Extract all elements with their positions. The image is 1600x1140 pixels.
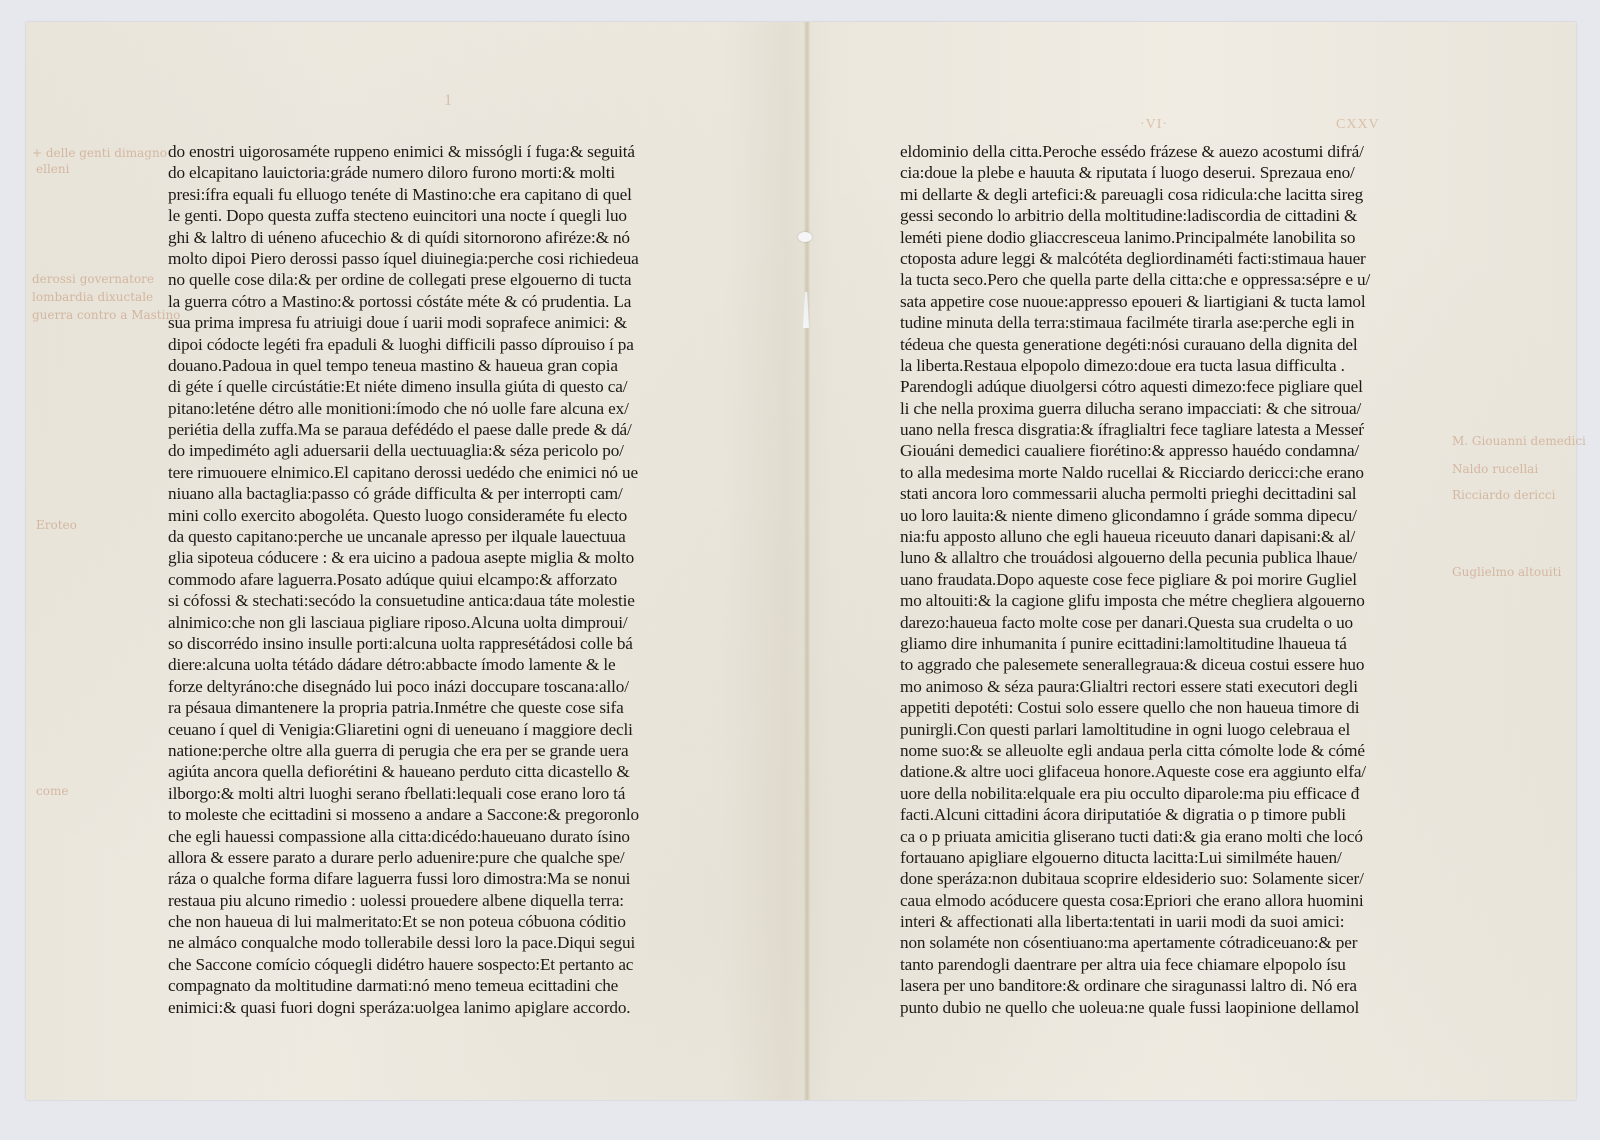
left-folio-mark: 1: [444, 92, 453, 110]
text-line: no quelle cose dila:& per ordine de coll…: [168, 269, 688, 290]
text-line: do elcapitano lauictoria:gráde numero di…: [168, 162, 688, 183]
left-margin-note: come: [36, 784, 68, 798]
text-line: enimici:& quasi fuori dogni speráza:uolg…: [168, 997, 688, 1018]
text-line: natione:perche oltre alla guerra di peru…: [168, 740, 688, 761]
text-line: do enostri uigorosaméte ruppeno enimici …: [168, 141, 688, 162]
text-line: presi:ífra equali fu elluogo tenéte di M…: [168, 184, 688, 205]
text-line: lasera per uno banditore:& ordinare che …: [900, 975, 1430, 996]
text-line: non solaméte non cósentiuano:ma apertame…: [900, 932, 1430, 953]
text-line: to aggrado che palesemete senerallegraua…: [900, 654, 1430, 675]
text-line: agiúta ancora quella defiorétini & hauea…: [168, 761, 688, 782]
text-line: fortauano apigliare elgouerno ditucta la…: [900, 847, 1430, 868]
text-line: nia:fu apposto alluno che egli haueua ri…: [900, 526, 1430, 547]
text-line: che egli hauessi compassione alla citta:…: [168, 826, 688, 847]
left-margin-note: + delle genti dimagno: [32, 146, 167, 160]
text-line: tanto parendogli daentrare per altra uia…: [900, 954, 1430, 975]
text-line: di géte í quelle circústátie:Et niéte di…: [168, 376, 688, 397]
text-line: periétia della zuffa.Ma se paraua defédé…: [168, 419, 688, 440]
text-line: uano nella fresca disgratia:& ífraglialt…: [900, 419, 1430, 440]
parchment-sheet: 1 + delle genti dimagno elleni derossi g…: [26, 22, 1576, 1100]
text-line: dipoi códocte legéti fra epaduli & luogh…: [168, 334, 688, 355]
text-line: interi & affectionati alla liberta:tenta…: [900, 911, 1430, 932]
text-line: datione.& altre uoci glifaceua honore.Aq…: [900, 761, 1430, 782]
text-line: do impediméto agli aduersarii della uect…: [168, 440, 688, 461]
left-margin-note: elleni: [36, 162, 69, 176]
text-line: forze deltyráno:che disegnádo lui poco i…: [168, 676, 688, 697]
text-line: ne almáco conqualche modo tollerabile de…: [168, 932, 688, 953]
text-line: douano.Padoua in quel tempo teneua masti…: [168, 355, 688, 376]
text-line: la guerra cótro a Mastino:& portossi cós…: [168, 291, 688, 312]
text-line: glia sipoteua códucere : & era uicino a …: [168, 547, 688, 568]
text-line: sata appetire cose nuoue:appresso epouer…: [900, 291, 1430, 312]
text-line: darezo:haueua facto molte cose per danar…: [900, 612, 1430, 633]
text-line: so discorrédo insino insulle porti:alcun…: [168, 633, 688, 654]
text-line: cia:doue la plebe e hauuta & riputata í …: [900, 162, 1430, 183]
text-line: mini collo exercito abogoléta. Questo lu…: [168, 505, 688, 526]
binding-hole: [798, 232, 812, 242]
right-page-text: eldominio della citta.Peroche essédo frá…: [900, 141, 1430, 1018]
text-line: che non haueua di lui malmeritato:Et se …: [168, 911, 688, 932]
left-margin-note: lombardia dixuctale: [32, 290, 153, 304]
text-line: le genti. Dopo questa zuffa stecteno eui…: [168, 205, 688, 226]
text-line: ghi & laltro di uéneno afucechio & di qu…: [168, 227, 688, 248]
text-line: luno & allaltro che trouádosi algouerno …: [900, 547, 1430, 568]
text-line: alnimico:che non gli lasciaua pigliare r…: [168, 612, 688, 633]
text-line: allora & essere parato a durare perlo ad…: [168, 847, 688, 868]
text-line: leméti piene dodio gliaccresceua lanimo.…: [900, 227, 1430, 248]
text-line: stati ancora loro commessarii alucha per…: [900, 483, 1430, 504]
text-line: niuano alla bactaglia:passo có gráde dif…: [168, 483, 688, 504]
text-line: facti.Alcuni cittadini ácora diriputatió…: [900, 804, 1430, 825]
text-line: commodo afare laguerra.Posato adúque qui…: [168, 569, 688, 590]
text-line: mi dellarte & degli artefici:& pareuagli…: [900, 184, 1430, 205]
text-line: ca o p priuata amicitia gliserano tucti …: [900, 826, 1430, 847]
text-line: Parendogli adúque diuolgersi cótro aques…: [900, 376, 1430, 397]
text-line: ctoposta adure leggi & malcótéta deglior…: [900, 248, 1430, 269]
text-line: che Saccone comício cóquegli didétro hau…: [168, 954, 688, 975]
right-margin-note: M. Giouanni demedici: [1452, 434, 1586, 448]
text-line: gessi secondo lo arbitrio della moltitud…: [900, 205, 1430, 226]
text-line: done speráza:non dubitaua scoprire eldes…: [900, 868, 1430, 889]
text-line: tere rimuouere elnimico.El capitano dero…: [168, 462, 688, 483]
folio-number: CXXV: [1336, 117, 1380, 133]
text-line: restaua piu alcuno rimedio : uolessi pro…: [168, 890, 688, 911]
text-line: uano fraudata.Dopo aqueste cose fece pig…: [900, 569, 1430, 590]
text-line: Giouáni demedici caualiere fiorétino:& a…: [900, 440, 1430, 461]
text-line: tédeua che questa generatione degéti:nós…: [900, 334, 1430, 355]
left-page-text: do enostri uigorosaméte ruppeno enimici …: [168, 141, 688, 1018]
text-line: tudine minuta della terra:stimaua facilm…: [900, 312, 1430, 333]
signature-mark: ·VI·: [1140, 117, 1168, 133]
left-margin-note: derossi governatore: [32, 272, 154, 286]
text-line: gliamo dire inhumanita í punire ecittadi…: [900, 633, 1430, 654]
text-line: to moleste che ecittadini si mosseno a a…: [168, 804, 688, 825]
text-line: sua prima impresa fu atriuigi doue í uar…: [168, 312, 688, 333]
left-margin-note: Eroteo: [36, 518, 77, 532]
text-line: uore della nobilita:elquale era piu occu…: [900, 783, 1430, 804]
text-line: nome suo:& se alleuolte egli andaua perl…: [900, 740, 1430, 761]
text-line: mo animoso & séza paura:Glialtri rectori…: [900, 676, 1430, 697]
text-line: diere:alcuna uolta tétádo dádare détro:a…: [168, 654, 688, 675]
text-line: ceuano í quel di Venigia:Gliaretini ogni…: [168, 719, 688, 740]
text-line: uo loro lauita:& niente dimeno glicondam…: [900, 505, 1430, 526]
text-line: mo altouiti:& la cagione glifu imposta c…: [900, 590, 1430, 611]
text-line: punto dubio ne quello che uoleua:ne qual…: [900, 997, 1430, 1018]
text-line: eldominio della citta.Peroche essédo frá…: [900, 141, 1430, 162]
right-margin-note: Ricciardo dericci: [1452, 488, 1555, 502]
text-line: da questo capitano:perche ue uncanale ap…: [168, 526, 688, 547]
text-line: ilborgo:& molti altri luoghi serano ŕbel…: [168, 783, 688, 804]
text-line: si cófossi & stechati:secódo la consuetu…: [168, 590, 688, 611]
right-margin-note: Naldo rucellai: [1452, 462, 1538, 476]
text-line: to alla medesima morte Naldo rucellai & …: [900, 462, 1430, 483]
text-line: li che nella proxima guerra dilucha sera…: [900, 398, 1430, 419]
text-line: molto dipoi Piero derossi passo íquel di…: [168, 248, 688, 269]
text-line: compagnato da moltitudine darmati:nó men…: [168, 975, 688, 996]
right-margin-note: Guglielmo altouiti: [1452, 565, 1561, 579]
text-line: ráza o qualche forma difare laguerra fus…: [168, 868, 688, 889]
text-line: appetiti depotéti: Costui solo essere qu…: [900, 697, 1430, 718]
text-line: pitano:leténe détro alle monitioni:ímodo…: [168, 398, 688, 419]
text-line: punirgli.Con questi parlari lamoltitudin…: [900, 719, 1430, 740]
center-fold: [804, 22, 810, 1100]
left-margin-note: guerra contro a Mastino: [32, 308, 180, 322]
text-line: caua elmodo acóducere questa cosa:Eprior…: [900, 890, 1430, 911]
text-line: ra pésaua dimantenere la propria patria.…: [168, 697, 688, 718]
text-line: la liberta.Restaua elpopolo dimezo:doue …: [900, 355, 1430, 376]
text-line: la tucta seco.Pero che quella parte dell…: [900, 269, 1430, 290]
